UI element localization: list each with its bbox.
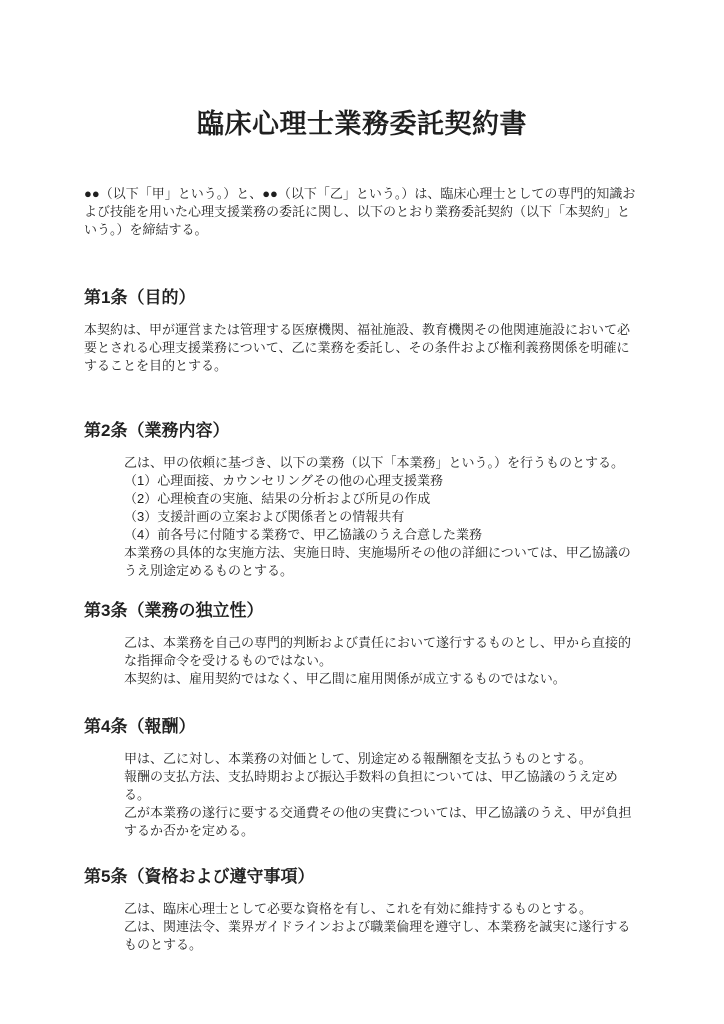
article-5-body: 乙は、臨床心理士として必要な資格を有し、これを有効に維持するものとする。 乙は、… (84, 900, 640, 954)
document-title: 臨床心理士業務委託契約書 (84, 0, 640, 140)
article-2-list-item-3: （3）支援計画の立案および関係者との情報共有 (124, 508, 640, 526)
article-1-paragraph-1: 本契約は、甲が運営または管理する医療機関、福祉施設、教育機関その他関連施設におい… (84, 321, 640, 375)
preamble-paragraph: ●●（以下「甲」という。）と、●●（以下「乙」という。）は、臨床心理士としての専… (84, 185, 640, 239)
article-5-paragraph-2: 乙は、関連法令、業界ガイドラインおよび職業倫理を遵守し、本業務を誠実に遂行するも… (124, 918, 640, 954)
article-2-heading: 第2条（業務内容） (84, 420, 640, 441)
article-5-paragraph-1: 乙は、臨床心理士として必要な資格を有し、これを有効に維持するものとする。 (124, 900, 640, 918)
article-section-2: 第2条（業務内容） 乙は、甲の依頼に基づき、以下の業務（以下「本業務」という。）… (84, 420, 640, 580)
article-3-paragraph-1: 乙は、本業務を自己の専門的判断および責任において遂行するものとし、甲から直接的な… (124, 634, 640, 670)
article-2-paragraph-2: 本業務の具体的な実施方法、実施日時、実施場所その他の詳細については、甲乙協議のう… (124, 544, 640, 580)
contract-document-page: 臨床心理士業務委託契約書 ●●（以下「甲」という。）と、●●（以下「乙」という。… (0, 0, 724, 1024)
article-2-paragraph-1: 乙は、甲の依頼に基づき、以下の業務（以下「本業務」という。）を行うものとする。 (124, 454, 640, 472)
article-4-paragraph-3: 乙が本業務の遂行に要する交通費その他の実費については、甲乙協議のうえ、甲が負担す… (124, 804, 640, 840)
article-3-paragraph-2: 本契約は、雇用契約ではなく、甲乙間に雇用関係が成立するものではない。 (124, 670, 640, 688)
article-4-body: 甲は、乙に対し、本業務の対価として、別途定める報酬額を支払うものとする。 報酬の… (84, 750, 640, 840)
article-section-3: 第3条（業務の独立性） 乙は、本業務を自己の専門的判断および責任において遂行する… (84, 600, 640, 688)
article-4-heading: 第4条（報酬） (84, 716, 640, 737)
article-5-heading: 第5条（資格および遵守事項） (84, 866, 640, 887)
article-2-body: 乙は、甲の依頼に基づき、以下の業務（以下「本業務」という。）を行うものとする。 … (84, 454, 640, 580)
article-section-1: 第1条（目的） 本契約は、甲が運営または管理する医療機関、福祉施設、教育機関その… (84, 287, 640, 375)
article-3-body: 乙は、本業務を自己の専門的判断および責任において遂行するものとし、甲から直接的な… (84, 634, 640, 688)
article-4-paragraph-2: 報酬の支払方法、支払時期および振込手数料の負担については、甲乙協議のうえ定める。 (124, 768, 640, 804)
article-1-body: 本契約は、甲が運営または管理する医療機関、福祉施設、教育機関その他関連施設におい… (84, 321, 640, 375)
article-2-list-item-2: （2）心理検査の実施、結果の分析および所見の作成 (124, 490, 640, 508)
article-3-heading: 第3条（業務の独立性） (84, 600, 640, 621)
article-1-heading: 第1条（目的） (84, 287, 640, 308)
article-section-5: 第5条（資格および遵守事項） 乙は、臨床心理士として必要な資格を有し、これを有効… (84, 866, 640, 954)
article-2-list-item-4: （4）前各号に付随する業務で、甲乙協議のうえ合意した業務 (124, 526, 640, 544)
article-section-4: 第4条（報酬） 甲は、乙に対し、本業務の対価として、別途定める報酬額を支払うもの… (84, 716, 640, 840)
article-4-paragraph-1: 甲は、乙に対し、本業務の対価として、別途定める報酬額を支払うものとする。 (124, 750, 640, 768)
article-2-list-item-1: （1）心理面接、カウンセリングその他の心理支援業務 (124, 472, 640, 490)
